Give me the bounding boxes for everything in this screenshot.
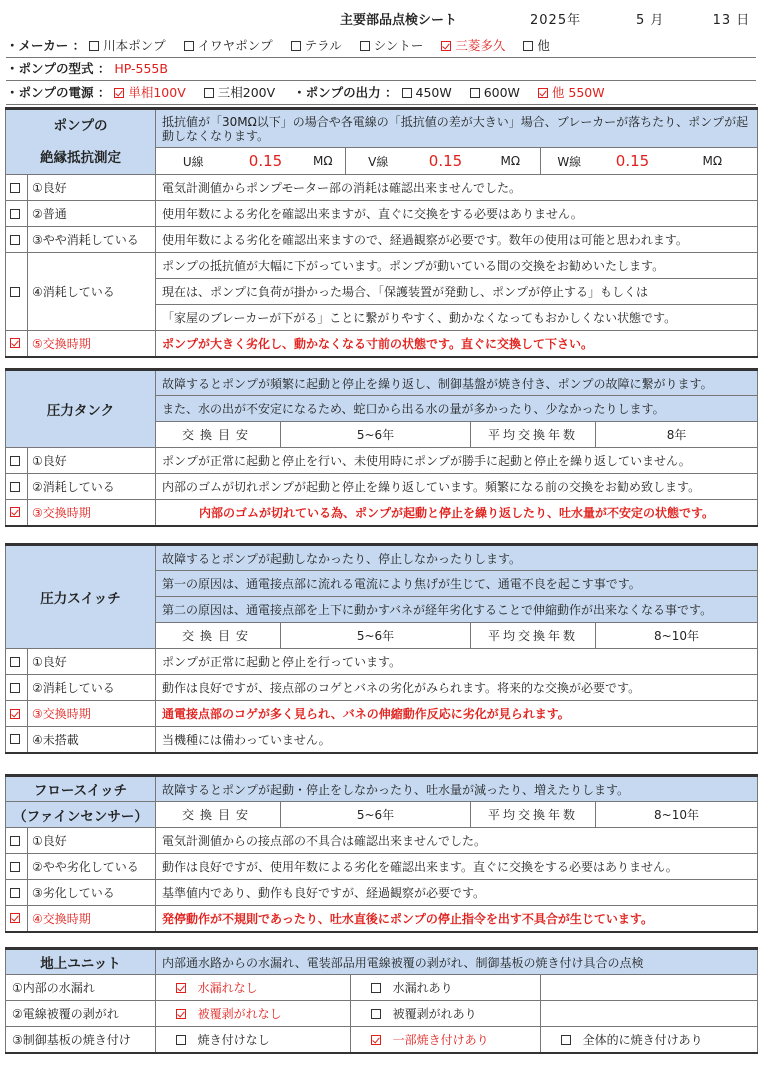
checkbox-icon[interactable]	[10, 836, 20, 846]
pressure-switch-section: 圧力スイッチ 故障するとポンプが起動しなかったり、停止しなかったりします。 第一…	[5, 543, 758, 754]
power-row: ・ポンプの電源 ： 単相100V 三相200V ・ポンプの出力 ： 450W 6…	[6, 82, 756, 105]
option-no-peel[interactable]: 被覆剥がれなし	[156, 1001, 351, 1027]
pressure-switch-desc: 第二の原因は、通電接点部を上下に動かすバネが経年劣化することで伸縮動作が出来なく…	[156, 597, 758, 623]
output-option-450[interactable]: 450W	[402, 85, 452, 100]
checkbox-icon[interactable]	[523, 41, 533, 51]
row-label: ③やや消耗している	[28, 227, 156, 253]
maker-row: ・メーカー ： 川本ポンプ イワヤポンプ テラル シントー 三菱多久 他	[6, 35, 756, 58]
pressure-switch-desc: 第一の原因は、通電接点部に流れる電流により焦げが生じて、通電不良を起こす事です。	[156, 571, 758, 597]
avg-label: 平均交換年数	[471, 422, 596, 448]
checkbox-icon[interactable]	[10, 862, 20, 872]
row-text: 現在は、ポンプに負荷が掛かった場合、「保護装置が発動し、ポンプが停止する」もしく…	[156, 279, 758, 305]
row-text: ポンプが正常に起動と停止を行い、未使用時にポンプが勝手に起動と停止を繰り返してい…	[156, 448, 758, 474]
guide-value: 5~6年	[281, 422, 471, 448]
avg-value: 8~10年	[596, 802, 758, 828]
checkbox-icon[interactable]	[10, 287, 20, 297]
maker-label: ・メーカー ：	[6, 38, 85, 53]
option-no-leak[interactable]: 水漏れなし	[156, 975, 351, 1001]
guide-value: 5~6年	[281, 623, 471, 649]
switch-row: ②消耗している 動作は良好ですが、接点部のコゲとバネの劣化がみられます。将来的な…	[6, 675, 758, 701]
insulation-description: 抵抗値が「30MΩ以下」の場合や各電線の「抵抗値の差が大きい」場合、ブレーカーが…	[156, 109, 758, 148]
date-month[interactable]: 5 月	[615, 9, 685, 28]
flow-switch-desc: 故障するとポンプが起動・停止をしなかったり、吐水量が減ったり、増えたりします。	[156, 776, 758, 802]
maker-option-shinto[interactable]: シントー	[360, 38, 424, 53]
checkbox-icon[interactable]	[89, 41, 99, 51]
checkbox-checked-icon[interactable]	[10, 338, 20, 348]
switch-row-selected: ③交換時期 通電接点部のコゲが多く見られ、バネの伸縮動作反応に劣化が見られます。	[6, 701, 758, 727]
ground-unit-desc: 内部通水路からの水漏れ、電装部品用電線被覆の剥がれ、制御基板の焼き付け具合の点検	[156, 949, 758, 975]
insulation-row: ①良好 電気計測値からポンプモーター部の消耗は確認出来ませんでした。	[6, 175, 758, 201]
checkbox-icon[interactable]	[10, 888, 20, 898]
row-label: ①良好	[28, 828, 156, 854]
pressure-switch-title: 圧力スイッチ	[6, 545, 156, 649]
tank-row-selected: ③交換時期 内部のゴムが切れている為、ポンプが起動と停止を繰り返したり、吐水量が…	[6, 500, 758, 526]
sheet-title: 主要部品点検シート	[340, 9, 457, 28]
ground-row: ②電線被覆の剥がれ 被覆剥がれなし 被覆剥がれあり	[6, 1001, 758, 1027]
option-partial-burn[interactable]: 一部焼き付けあり	[351, 1027, 541, 1053]
checkbox-icon[interactable]	[402, 88, 412, 98]
flow-switch-section: フロースイッチ 故障するとポンプが起動・停止をしなかったり、吐水量が減ったり、増…	[5, 774, 758, 933]
checkbox-icon[interactable]	[291, 41, 301, 51]
checkbox-icon[interactable]	[10, 657, 20, 667]
row-label: ③交換時期	[28, 701, 156, 727]
switch-row: ④未搭載 当機種には備わっていません。	[6, 727, 758, 753]
model-label: ・ポンプの型式 ：	[6, 61, 110, 76]
row-text: ポンプの抵抗値が大幅に下がっています。ポンプが動いている間の交換をお勧めいたしま…	[156, 253, 758, 279]
maker-option-kawamoto[interactable]: 川本ポンプ	[89, 38, 166, 53]
row-label: ②消耗している	[28, 474, 156, 500]
checkbox-checked-icon[interactable]	[10, 913, 20, 923]
option-full-burn[interactable]: 全体的に焼き付けあり	[541, 1027, 758, 1053]
checkbox-icon[interactable]	[10, 734, 20, 744]
row-text: 発停動作が不規則であったり、吐水直後にポンプの停止指令を出す不具合が生じています…	[156, 906, 758, 932]
wire-w-label: W線	[541, 148, 598, 175]
row-text: 電気計測値からの接点部の不具合は確認出来ませんでした。	[156, 828, 758, 854]
checkbox-checked-icon[interactable]	[371, 1035, 381, 1045]
insulation-row: ④消耗している ポンプの抵抗値が大幅に下がっています。ポンプが動いている間の交換…	[6, 253, 758, 279]
row-text: 内部のゴムが切れポンプが起動と停止を繰り返しています。頻繁になる前の交換をお勧め…	[156, 474, 758, 500]
guide-label: 交換目安	[156, 802, 281, 828]
wire-w-unit: MΩ	[668, 148, 758, 175]
row-label: ①良好	[28, 175, 156, 201]
checkbox-checked-icon[interactable]	[176, 1009, 186, 1019]
maker-option-iwaya[interactable]: イワヤポンプ	[184, 38, 273, 53]
power-option-single[interactable]: 単相100V	[114, 85, 185, 100]
row-label: ⑤交換時期	[28, 331, 156, 357]
row-text: ポンプが正常に起動と停止を行っています。	[156, 649, 758, 675]
row-label: ②やや劣化している	[28, 854, 156, 880]
row-text: 使用年数による劣化を確認出来ますので、経過観察が必要です。数年の使用は可能と思わ…	[156, 227, 758, 253]
output-option-other[interactable]: 他 550W	[538, 85, 605, 100]
avg-label: 平均交換年数	[471, 623, 596, 649]
checkbox-icon[interactable]	[10, 683, 20, 693]
avg-value: 8~10年	[596, 623, 758, 649]
insulation-row-selected: ⑤交換時期 ポンプが大きく劣化し、動かなくなる寸前の状態です。直ぐに交換して下さ…	[6, 331, 758, 357]
power-label: ・ポンプの電源 ：	[6, 85, 110, 100]
avg-value: 8年	[596, 422, 758, 448]
insulation-section: ポンプの 絶縁抵抗測定 抵抗値が「30MΩ以下」の場合や各電線の「抵抗値の差が大…	[5, 107, 758, 358]
output-label: ・ポンプの出力 ：	[293, 85, 397, 100]
row-label: ④交換時期	[28, 906, 156, 932]
model-value[interactable]: HP-555B	[114, 61, 168, 76]
pressure-tank-desc: また、水の出が不安定になるため、蛇口から出る水の量が多かったり、少なかったりしま…	[156, 396, 758, 422]
ground-unit-title: 地上ユニット	[6, 949, 156, 975]
checkbox-icon[interactable]	[10, 482, 20, 492]
flow-row: ③劣化している 基準値内であり、動作も良好ですが、経過観察が必要です。	[6, 880, 758, 906]
checkbox-icon[interactable]	[10, 456, 20, 466]
inspection-date: 2025年 5 月 13 日	[530, 9, 750, 28]
output-option-600[interactable]: 600W	[470, 85, 520, 100]
wire-v-label: V線	[346, 148, 411, 175]
row-label: ②普通	[28, 201, 156, 227]
wire-v-value[interactable]: 0.15	[411, 148, 481, 175]
row-label: ③劣化している	[28, 880, 156, 906]
maker-option-other[interactable]: 他	[523, 38, 550, 53]
pressure-tank-title: 圧力タンク	[6, 370, 156, 448]
checkbox-checked-icon[interactable]	[538, 88, 548, 98]
checkbox-icon[interactable]	[10, 235, 20, 245]
checkbox-icon[interactable]	[184, 41, 194, 51]
pressure-tank-desc: 故障するとポンプが頻繁に起動と停止を繰り返し、制御基盤が焼き付き、ポンプの故障に…	[156, 370, 758, 396]
wire-u-label: U線	[156, 148, 231, 175]
insulation-row: ②普通 使用年数による劣化を確認出来ますが、直ぐに交換をする必要はありません。	[6, 201, 758, 227]
flow-switch-title-2: （ファインセンサー）	[6, 802, 156, 828]
wire-u-unit: MΩ	[301, 148, 346, 175]
wire-v-unit: MΩ	[481, 148, 541, 175]
pressure-switch-desc: 故障するとポンプが起動しなかったり、停止しなかったりします。	[156, 545, 758, 571]
guide-label: 交換目安	[156, 623, 281, 649]
option-peel[interactable]: 被覆剥がれあり	[351, 1001, 541, 1027]
flow-row: ②やや劣化している 動作は良好ですが、使用年数による劣化を確認出来ます。直ぐに交…	[6, 854, 758, 880]
insulation-title: ポンプの 絶縁抵抗測定	[6, 109, 156, 175]
row-label: ①良好	[28, 448, 156, 474]
row-label: ①内部の水漏れ	[6, 975, 156, 1001]
row-text: ポンプが大きく劣化し、動かなくなる寸前の状態です。直ぐに交換して下さい。	[156, 331, 758, 357]
row-label: ③制御基板の焼き付け	[6, 1027, 156, 1053]
ground-unit-section: 地上ユニット 内部通水路からの水漏れ、電装部品用電線被覆の剥がれ、制御基板の焼き…	[5, 947, 758, 1054]
checkbox-checked-icon[interactable]	[10, 709, 20, 719]
insulation-row: ③やや消耗している 使用年数による劣化を確認出来ますので、経過観察が必要です。数…	[6, 227, 758, 253]
tank-row: ②消耗している 内部のゴムが切れポンプが起動と停止を繰り返しています。頻繁になる…	[6, 474, 758, 500]
row-text: 通電接点部のコゲが多く見られ、バネの伸縮動作反応に劣化が見られます。	[156, 701, 758, 727]
wire-w-value[interactable]: 0.15	[598, 148, 668, 175]
ground-row: ①内部の水漏れ 水漏れなし 水漏れあり	[6, 975, 758, 1001]
flow-row: ①良好 電気計測値からの接点部の不具合は確認出来ませんでした。	[6, 828, 758, 854]
checkbox-icon[interactable]	[10, 183, 20, 193]
row-label: ②電線被覆の剥がれ	[6, 1001, 156, 1027]
maker-option-teral[interactable]: テラル	[291, 38, 342, 53]
row-text: 当機種には備わっていません。	[156, 727, 758, 753]
row-text: 「家屋のブレーカーが下がる」ことに繋がりやすく、動かなくなってもおかしくない状態…	[156, 305, 758, 331]
row-text: 使用年数による劣化を確認出来ますが、直ぐに交換をする必要はありません。	[156, 201, 758, 227]
guide-value: 5~6年	[281, 802, 471, 828]
checkbox-icon[interactable]	[470, 88, 480, 98]
row-label: ④未搭載	[28, 727, 156, 753]
row-text: 電気計測値からポンプモーター部の消耗は確認出来ませんでした。	[156, 175, 758, 201]
checkbox-checked-icon[interactable]	[10, 507, 20, 517]
date-year[interactable]: 2025年	[530, 9, 610, 28]
wire-u-value[interactable]: 0.15	[231, 148, 301, 175]
pressure-tank-section: 圧力タンク 故障するとポンプが頻繁に起動と停止を繰り返し、制御基盤が焼き付き、ポ…	[5, 368, 758, 527]
checkbox-icon[interactable]	[204, 88, 214, 98]
option-leak[interactable]: 水漏れあり	[351, 975, 541, 1001]
checkbox-checked-icon[interactable]	[114, 88, 124, 98]
row-label: ①良好	[28, 649, 156, 675]
flow-switch-title-1: フロースイッチ	[6, 776, 156, 802]
checkbox-icon[interactable]	[360, 41, 370, 51]
checkbox-checked-icon[interactable]	[176, 983, 186, 993]
row-label: ④消耗している	[28, 253, 156, 331]
flow-row-selected: ④交換時期 発停動作が不規則であったり、吐水直後にポンプの停止指令を出す不具合が…	[6, 906, 758, 932]
row-text: 基準値内であり、動作も良好ですが、経過観察が必要です。	[156, 880, 758, 906]
checkbox-icon[interactable]	[176, 1035, 186, 1045]
power-option-three[interactable]: 三相200V	[204, 85, 275, 100]
switch-row: ①良好 ポンプが正常に起動と停止を行っています。	[6, 649, 758, 675]
checkbox-icon[interactable]	[561, 1035, 571, 1045]
checkbox-icon[interactable]	[10, 209, 20, 219]
tank-row: ①良好 ポンプが正常に起動と停止を行い、未使用時にポンプが勝手に起動と停止を繰り…	[6, 448, 758, 474]
row-label: ②消耗している	[28, 675, 156, 701]
ground-row: ③制御基板の焼き付け 焼き付けなし 一部焼き付けあり 全体的に焼き付けあり	[6, 1027, 758, 1053]
row-text: 動作は良好ですが、接点部のコゲとバネの劣化がみられます。将来的な交換が必要です。	[156, 675, 758, 701]
maker-option-mitsubishi[interactable]: 三菱多久	[441, 38, 505, 53]
checkbox-checked-icon[interactable]	[441, 41, 451, 51]
row-text: 動作は良好ですが、使用年数による劣化を確認出来ます。直ぐに交換をする必要はありま…	[156, 854, 758, 880]
avg-label: 平均交換年数	[471, 802, 596, 828]
checkbox-icon[interactable]	[371, 1009, 381, 1019]
row-text: 内部のゴムが切れている為、ポンプが起動と停止を繰り返したり、吐水量が不安定の状態…	[156, 500, 758, 526]
row-label: ③交換時期	[28, 500, 156, 526]
date-day[interactable]: 13 日	[690, 9, 750, 28]
option-no-burn[interactable]: 焼き付けなし	[156, 1027, 351, 1053]
guide-label: 交換目安	[156, 422, 281, 448]
checkbox-icon[interactable]	[371, 983, 381, 993]
model-row: ・ポンプの型式 ： HP-555B	[6, 58, 756, 81]
